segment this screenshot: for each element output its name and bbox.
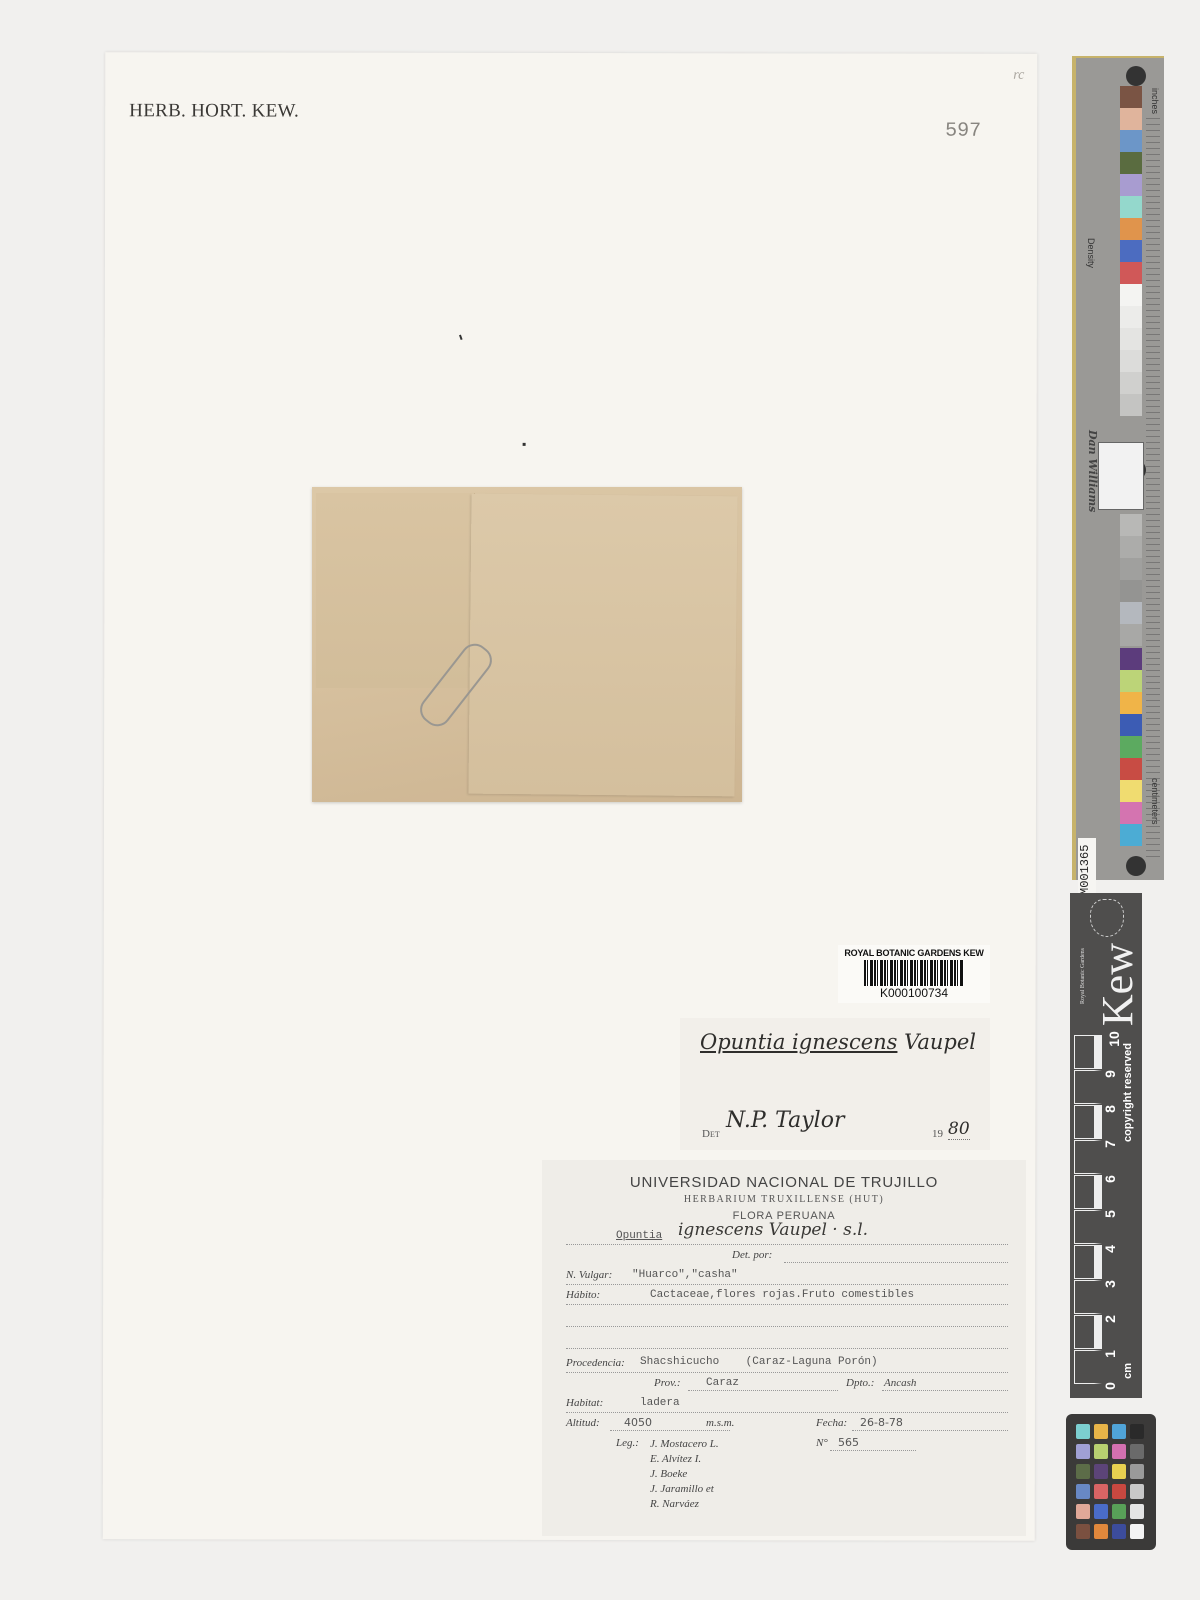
det-por-row: Det. por: [732,1246,1008,1264]
leg-label: Leg.: [616,1437,639,1449]
kew-scale-bar: Kew Royal Botanic Gardens 10 9 8 7 6 5 4… [1070,893,1142,1398]
royal-crest-icon [1090,899,1124,937]
scale-segment [1074,1210,1102,1244]
altitud-fecha-row: Altitud: 4050 m.s.m. Fecha: 26-8-78 [566,1414,1008,1432]
fecha-line [852,1430,1008,1431]
numero-line [830,1450,916,1451]
packet-flap-right[interactable] [468,494,737,797]
scale-number: 9 [1102,1070,1118,1078]
species-typed: Opuntia [616,1230,662,1242]
specimen-packet[interactable] [312,487,742,802]
scale-number: 4 [1102,1245,1118,1253]
scale-number: 8 [1102,1105,1118,1113]
checker-cell [1130,1464,1144,1479]
ruler-hole-icon [1126,66,1146,86]
checker-cell [1076,1464,1090,1479]
checker-cell [1112,1464,1126,1479]
determiner-signature: N.P. Taylor [726,1108,844,1133]
swatch-cyan [1120,824,1142,846]
swatch-orange-yellow [1120,692,1142,714]
scale-number: 6 [1102,1175,1118,1183]
swatch-gray [1120,306,1142,328]
scale-number: 5 [1102,1210,1118,1218]
copyright-notice: copyright reserved [1122,1043,1134,1142]
scale-number: 0 [1102,1382,1118,1390]
scale-number: 2 [1102,1315,1118,1323]
checker-cell [1094,1524,1108,1539]
det-year-prefix: 19 [932,1128,943,1140]
det-year: 80 [948,1119,970,1140]
checker-cell [1130,1424,1144,1439]
color-calibration-ruler: inches centimeters Density Dan Williams … [1072,56,1164,880]
species-handwritten: ignescens Vaupel · s.l. [678,1220,868,1240]
swatch-gray [1120,536,1142,558]
swatch-green [1120,736,1142,758]
checker-cell [1076,1424,1090,1439]
swatch-lavender [1120,174,1142,196]
inches-label: inches [1150,88,1160,114]
det-prefix: Det [702,1128,720,1140]
checker-cell [1112,1484,1126,1499]
det-taxon-binomial: Opuntia ignescens [700,1030,897,1054]
checker-cell [1130,1504,1144,1519]
prov-dpto-row: Prov.: Caraz Dpto.: Ancash [566,1374,1008,1392]
altitud-line [610,1430,730,1431]
altitud-unit: m.s.m. [706,1417,734,1429]
swatch-foliage [1120,152,1142,174]
corner-pencil-mark: rc [1013,68,1024,84]
scale-segment [1074,1350,1102,1384]
checker-cell [1094,1444,1108,1459]
density-chart-icon [1098,442,1144,510]
swatch-purple [1120,648,1142,670]
collector: J. Mostacero L. [650,1437,719,1452]
dpto-value: Ancash [884,1377,916,1389]
kew-logo: Kew [1092,943,1143,1026]
collector: J. Jaramillo et [650,1482,719,1497]
checker-cell [1094,1424,1108,1439]
barcode-icon [864,960,964,986]
swatch-gray [1120,350,1142,372]
swatch-brown [1120,86,1142,108]
numero-label: N° [816,1437,828,1449]
checker-cell [1112,1504,1126,1519]
procedencia-value: Shacshicucho (Caraz-Laguna Porón) [640,1356,878,1368]
fecha-value: 26-8-78 [860,1416,903,1429]
procedencia-row: Procedencia: Shacshicucho (Caraz-Laguna … [566,1354,1008,1373]
label-herbarium: HERBARIUM TRUXILLENSE (HUT) [542,1194,1026,1205]
det-por-label: Det. por: [732,1249,772,1261]
collector: J. Boeke [650,1467,719,1482]
swatch-orange [1120,218,1142,240]
scale-segment [1074,1105,1102,1139]
swatch-gray [1120,558,1142,580]
swatch-gray [1120,602,1142,624]
checker-cell [1112,1444,1126,1459]
collector: E. Alvítez I. [650,1452,719,1467]
checker-cell [1076,1444,1090,1459]
checker-cell [1076,1504,1090,1519]
habito-label: Hábito: [566,1289,600,1301]
swatch-gray [1120,514,1142,536]
swatch-gray [1120,394,1142,416]
blank-row [566,1330,1008,1349]
specimen-fragment [523,443,526,446]
scale-segment [1074,1175,1102,1209]
habitat-row: Habitat: ladera [566,1394,1008,1413]
ruler-ticks [1146,118,1160,858]
procedencia-label: Procedencia: [566,1357,625,1369]
packet-flap-left [316,493,475,688]
habito-row: Hábito: Cactaceae,flores rojas.Fruto com… [566,1286,1008,1305]
checker-cell [1112,1424,1126,1439]
dpto-line [882,1390,1008,1391]
scale-number: 1 [1102,1350,1118,1358]
n-vulgar-row: N. Vulgar: "Huarco","casha" [566,1266,1008,1285]
herbarium-title: HERB. HORT. KEW. [129,100,299,122]
checker-cell [1076,1524,1090,1539]
scale-segment [1074,1035,1102,1069]
prov-label: Prov.: [654,1377,681,1389]
checker-cell [1094,1464,1108,1479]
swatch-blue [1120,714,1142,736]
altitud-label: Altitud: [566,1417,600,1429]
altitud-value: 4050 [624,1416,652,1429]
swatch-sky [1120,130,1142,152]
n-vulgar-label: N. Vulgar: [566,1269,612,1281]
checker-cell [1094,1504,1108,1519]
determination-slip: Opuntia ignescens Vaupel Det N.P. Taylor… [680,1018,990,1150]
collector: R. Narváez [650,1497,719,1512]
checker-cell [1130,1524,1144,1539]
swatch-skin [1120,108,1142,130]
swatch-red [1120,758,1142,780]
n-vulgar-value: "Huarco","casha" [632,1269,738,1281]
density-label: Density [1086,238,1096,268]
specimen-fragment [459,335,463,340]
checker-cell [1112,1524,1126,1539]
scale-segment [1074,1070,1102,1104]
scale-number: 3 [1102,1280,1118,1288]
habito-value: Cactaceae,flores rojas.Fruto comestibles [650,1289,914,1301]
color-checker-card [1066,1414,1156,1550]
scale-segment [1074,1280,1102,1314]
collection-label: UNIVERSIDAD NACIONAL DE TRUJILLO HERBARI… [542,1160,1026,1536]
swatch-gray [1120,328,1142,350]
barcode-institution: ROYAL BOTANIC GARDENS KEW [838,948,990,958]
det-por-line [784,1262,1008,1263]
cm-unit-label: cm [1122,1363,1134,1379]
det-taxon-name: Opuntia ignescens Vaupel [700,1030,976,1054]
ruler-hole-icon [1126,856,1146,876]
habitat-value: ladera [640,1397,680,1409]
species-row: Opuntia ignescens Vaupel · s.l. [566,1226,1008,1245]
scale-segment [1074,1140,1102,1174]
scale-numbers: 10 9 8 7 6 5 4 3 2 1 0 [1106,1035,1122,1387]
prov-line [688,1390,838,1391]
scale-number: 7 [1102,1140,1118,1148]
swatch-magenta [1120,802,1142,824]
checker-cell [1076,1484,1090,1499]
swatch-white [1120,284,1142,306]
scale-ruler [1074,1035,1102,1387]
checker-cell [1094,1484,1108,1499]
scale-number: 10 [1106,1031,1122,1047]
label-institution: UNIVERSIDAD NACIONAL DE TRUJILLO [542,1174,1026,1191]
prov-value: Caraz [706,1377,739,1389]
fecha-label: Fecha: [816,1417,847,1429]
swatch-blue [1120,240,1142,262]
kew-logo-subtitle: Royal Botanic Gardens [1080,948,1086,1004]
habitat-label: Habitat: [566,1397,603,1409]
swatch-gray [1120,580,1142,602]
swatch-gray [1120,624,1142,646]
collectors-list: J. Mostacero L. E. Alvítez I. J. Boeke J… [650,1437,719,1512]
swatch-red [1120,262,1142,284]
scale-segment [1074,1315,1102,1349]
barcode-number: K000100734 [838,986,990,1000]
checker-cell [1130,1484,1144,1499]
dpto-label: Dpto.: [846,1377,874,1389]
swatch-aqua [1120,196,1142,218]
swatch-yellow-green [1120,670,1142,692]
barcode-label: ROYAL BOTANIC GARDENS KEW K000100734 [838,945,990,1003]
sheet-number-stamp: 597 [945,120,981,143]
swatch-gray [1120,372,1142,394]
checker-cell [1130,1444,1144,1459]
blank-row [566,1308,1008,1327]
swatch-yellow [1120,780,1142,802]
numero-value: 565 [838,1436,859,1449]
scale-segment [1074,1245,1102,1279]
det-taxon-author: Vaupel [904,1030,976,1054]
